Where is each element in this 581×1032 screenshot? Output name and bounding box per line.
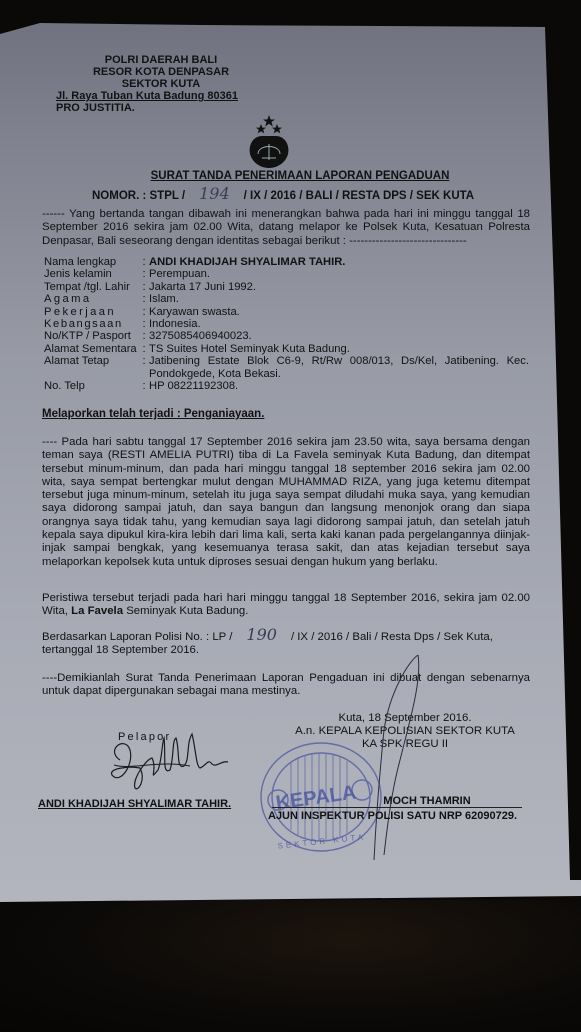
reporter-signature-icon <box>100 730 240 800</box>
identity-value: Perempuan. <box>149 268 529 280</box>
incident-text-end: Seminyak Kuta Badung. <box>123 605 248 617</box>
document-number-prefix: NOMOR. : STPL / <box>92 190 185 202</box>
incident-place: La Favela <box>71 605 123 617</box>
incident-time-place: Peristiwa tersebut terjadi pada hari har… <box>42 592 530 619</box>
handwritten-report-number: 190 <box>232 625 291 644</box>
officer-name: MOCH THAMRIN <box>272 795 522 808</box>
identity-value: Karyawan swasta. <box>149 306 529 318</box>
identity-value: Indonesia. <box>149 318 529 330</box>
identity-label: Pekerjaan <box>44 306 139 318</box>
letterhead-line-3: SEKTOR KUTA <box>56 78 266 90</box>
identity-value: TS Suites Hotel Seminyak Kuta Badung. <box>149 343 529 355</box>
identity-label: Alamat Sementara <box>44 343 139 355</box>
police-report-date: tertanggal 18 September 2016. <box>42 644 199 656</box>
letterhead: POLRI DAERAH BALI RESOR KOTA DENPASAR SE… <box>56 54 266 114</box>
identity-value: HP 08221192308. <box>149 380 529 392</box>
handwritten-document-number: 194 <box>185 184 244 203</box>
identity-label: No/KTP / Pasport <box>44 330 139 342</box>
identity-row: No/KTP / Pasport:3275085406940023. <box>44 330 529 342</box>
identity-row: Jenis kelamin:Perempuan. <box>44 268 529 280</box>
identity-value: 3275085406940023. <box>149 330 529 342</box>
officer-signature-icon <box>370 650 430 865</box>
closing-paragraph: ----Demikianlah Surat Tanda Penerimaan L… <box>42 672 530 699</box>
identity-row: Alamat Tetap:Jatibening Estate Blok C6-9… <box>44 355 529 380</box>
identity-row: Tempat /tgl. Lahir:Jakarta 17 Juni 1992. <box>44 281 529 293</box>
identity-value: Jakarta 17 Juni 1992. <box>149 281 529 293</box>
identity-value: Islam. <box>149 293 529 305</box>
identity-row: Agama:Islam. <box>44 293 529 305</box>
letterhead-line-2: RESOR KOTA DENPASAR <box>56 66 266 78</box>
identity-row: Alamat Sementara:TS Suites Hotel Seminya… <box>44 343 529 355</box>
svg-text:SEKTOR KUTA: SEKTOR KUTA <box>277 832 366 850</box>
police-report-prefix: Berdasarkan Laporan Polisi No. : LP / <box>42 631 232 643</box>
dark-background <box>0 900 581 1032</box>
document-title: SURAT TANDA PENERIMAAN LAPORAN PENGADUAN <box>130 170 470 182</box>
identity-value: ANDI KHADIJAH SHYALIMAR TAHIR. <box>149 256 529 268</box>
identity-label: Nama lengkap <box>44 256 139 268</box>
identity-value: Jatibening Estate Blok C6-9, Rt/Rw 008/0… <box>149 355 529 380</box>
identity-label: Alamat Tetap <box>44 355 139 380</box>
incident-narrative: ---- Pada hari sabtu tanggal 17 Septembe… <box>42 436 530 569</box>
intro-paragraph: ------ Yang bertanda tangan dibawah ini … <box>42 208 530 248</box>
identity-table: Nama lengkap:ANDI KHADIJAH SHYALIMAR TAH… <box>44 256 529 392</box>
letterhead-line-1: POLRI DAERAH BALI <box>56 54 266 66</box>
complaint-receipt-document: POLRI DAERAH BALI RESOR KOTA DENPASAR SE… <box>0 0 581 902</box>
identity-label: Agama <box>44 293 139 305</box>
letterhead-address: Jl. Raya Tuban Kuta Badung 80361 <box>56 90 266 102</box>
identity-row: No. Telp:HP 08221192308. <box>44 380 529 392</box>
identity-row: Pekerjaan:Karyawan swasta. <box>44 306 529 318</box>
identity-label: Tempat /tgl. Lahir <box>44 281 139 293</box>
identity-label: Kebangsaan <box>44 318 139 330</box>
report-heading: Melaporkan telah terjadi : Penganiayaan. <box>42 408 264 420</box>
police-emblem-icon <box>244 114 294 170</box>
identity-row: Nama lengkap:ANDI KHADIJAH SHYALIMAR TAH… <box>44 256 529 268</box>
officer-rank: AJUN INSPEKTUR POLISI SATU NRP 62090729. <box>268 810 517 822</box>
identity-row: Kebangsaan:Indonesia. <box>44 318 529 330</box>
identity-label: No. Telp <box>44 380 139 392</box>
identity-label: Jenis kelamin <box>44 268 139 280</box>
pro-justitia: PRO JUSTITIA. <box>56 102 266 114</box>
document-number: NOMOR. : STPL /194/ IX / 2016 / BALI / R… <box>92 184 512 203</box>
police-report-suffix: / IX / 2016 / Bali / Resta Dps / Sek Kut… <box>291 631 493 643</box>
document-number-suffix: / IX / 2016 / BALI / RESTA DPS / SEK KUT… <box>244 190 474 202</box>
police-report-reference: Berdasarkan Laporan Polisi No. : LP /190… <box>42 628 530 658</box>
reporter-name: ANDI KHADIJAH SHYALIMAR TAHIR. <box>38 798 231 810</box>
